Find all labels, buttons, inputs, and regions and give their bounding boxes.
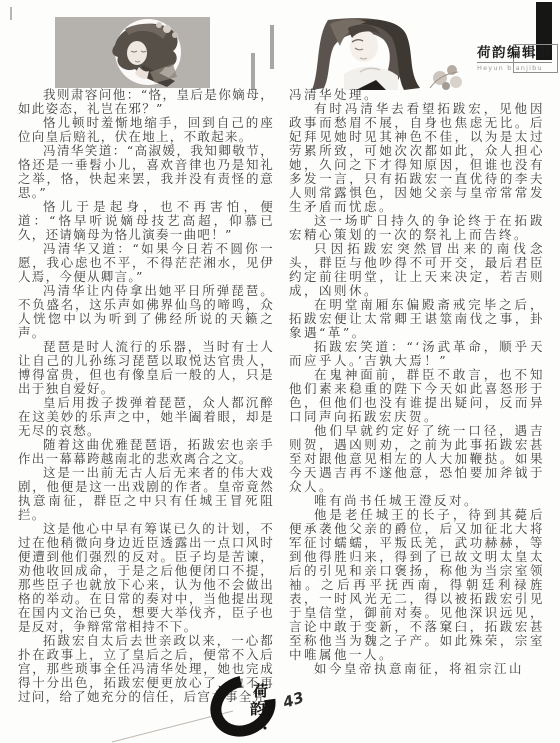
paragraph: 冯清华又道：“如果今日若不圆你一愿，我心虑也不平，不得茫茫湘水，见伊人焉，今便从… — [18, 242, 274, 284]
editorial-brand: 荷韵编辑部 Heyun bianjibu — [477, 41, 552, 72]
paragraph: 冯清华处理。 — [289, 88, 545, 102]
paragraph: 拓跋宏笑道：“‘汤武革命，顺乎天而应乎人。’吉孰大焉！” — [289, 340, 545, 368]
paragraph: 有时冯清华去看望拓跋宏，见他因政事而愁眉不展，自身也焦虑无比。后妃拜见她时见其神… — [289, 102, 545, 214]
divider-bar — [251, 53, 255, 90]
paragraph: 他是老任城王的长子，待到其薨后便承袭他父亲的爵位，后又加征北大将军征讨蠕蠕，平叛… — [289, 508, 545, 662]
paragraph: 琵琶是时人流行的乐器，当时有士人让自己的儿孙练习琵琶以取悦达官贵人，博得富贵，但… — [18, 340, 274, 396]
brand-name: 荷韵编辑部 — [477, 41, 552, 63]
logo-char-bottom: 韵 — [250, 700, 265, 718]
left-column: 我则肃容问他：“恪，皇后是你嫡母，如此姿态，礼岂在邪？”恪儿顿时羞惭地缩手，回到… — [18, 88, 274, 704]
paragraph: 在明堂南厢东偏殿斋戒完毕之后，拓跋宏便让太常卿王谌筮南伐之事，卦象遇“革”。 — [289, 298, 545, 340]
paragraph: 在鬼神面前，群臣不敢言，也不知他们素来稳重的陛下今天如此喜怒形于色，但他们也没有… — [289, 368, 545, 424]
paragraph: 这是一出前无古人后无来者的伟大戏剧，他便是这一出戏剧的作者。皇帝竟然执意南征，群… — [18, 466, 274, 522]
heyun-ink-logo: 荷 韵 — [205, 676, 315, 740]
paragraph: 这一场旷日持久的争论终于在拓跋宏精心策划的一次的祭礼上而告终。 — [289, 214, 545, 242]
right-column: 冯清华处理。有时冯清华去看望拓跋宏，见他因政事而愁眉不展，自身也焦虑无比。后妃拜… — [289, 88, 545, 676]
paragraph: 冯清华让内侍拿出她平日所弹琵琶。不负盛名，这乐声如佛界仙鸟的啼鸣，众人恍惚中以为… — [18, 284, 274, 340]
paragraph: 唯有尚书任城王澄反对。 — [289, 494, 545, 508]
paragraph: 这是他心中早有筹谋已久的计划，不过在他稍微向身边近臣透露出一点口风时便遭到他们强… — [18, 522, 274, 634]
page-edge-mark — [10, 7, 12, 20]
paragraph: 冯清华笑道：“高淑媛，我知卿敬节，恪还是一垂髫小儿，喜欢音律也乃是知礼之举，恪，… — [18, 144, 274, 200]
magazine-page: 荷韵编辑部 Heyun bianjibu 我则肃容问他：“恪，皇后是你嫡母，如此… — [0, 0, 560, 743]
paragraph: 我则肃容问他：“恪，皇后是你嫡母，如此姿态，礼岂在邪？” — [18, 88, 274, 116]
paragraph: 只因拓跋宏突然冒出来的南伐念头，群臣与他吵得不可开交，最后君臣约定前往明堂，让上… — [289, 242, 545, 298]
paragraph: 他们早就约定好了统一口径，遇吉则贺，遇凶则劝，之前为此事拓跋宏甚至对跟他意见相左… — [289, 424, 545, 494]
paragraph: 恪儿于是起身，也不再害怕，便道：“恪早听说嫡母技艺高超，仰慕已久，还请嫡母为恪儿… — [18, 200, 274, 242]
paragraph: 恪儿顿时羞惭地缩手，回到自己的座位向皇后赔礼，伏在地上，不敢起来。 — [18, 116, 274, 144]
logo-char-top: 荷 — [253, 682, 268, 700]
paragraph: 皇后用拨子拨弹着琵琶，众人都沉醉在这美妙的乐声之中，她半阖着眼，却是无尽的哀愁。 — [18, 396, 274, 438]
divider-bar — [270, 25, 274, 69]
paragraph: 随着这曲优雅琵琶语，拓跋宏也亲手作出一幕幕跨越南北的悲欢离合之文。 — [18, 438, 274, 466]
ink-painting-woman-illustration — [55, 17, 210, 88]
brand-pinyin: Heyun bianjibu — [477, 64, 552, 72]
paragraph: 如今皇帝执意南征，将祖宗江山 — [289, 662, 545, 676]
girl-portrait-illustration — [300, 18, 473, 90]
